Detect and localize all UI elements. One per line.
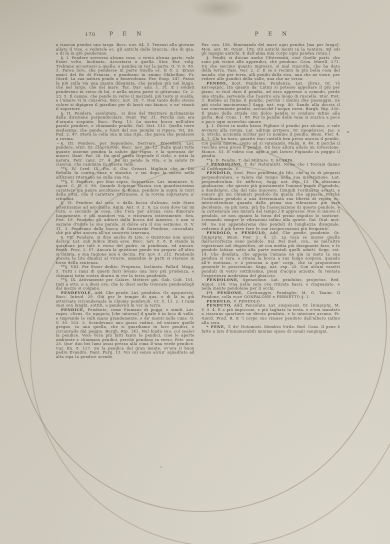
- dictionary-paragraph: **§. IX. Attivamente per Calare, Mettere…: [56, 278, 195, 291]
- book-page: 170 P E N P E N a ciascun pendea una tar…: [0, 0, 390, 544]
- entry-headword: (*) PENDONE,: [207, 290, 248, 295]
- entry-headword: * PENE,: [207, 325, 228, 330]
- entry-headword: PENDEVOLE,: [61, 290, 95, 295]
- dictionary-paragraph: **§. VIII. Per Esser dedito, Propenso, I…: [56, 265, 195, 278]
- column-right: Pav. con. 156. Rimenando del mare ogni p…: [202, 43, 341, 433]
- text-block: 170 P E N P E N a ciascun pendea una tar…: [56, 28, 340, 440]
- running-head-left: P E N: [56, 31, 195, 38]
- dictionary-paragraph: §. III. Pendere, per Dependere, Derivare…: [56, 141, 195, 167]
- dictionary-paragraph: * PENE, T. de' Notomisti. Membro Virile.…: [202, 325, 341, 334]
- entry-headword: PENDOLONE,: [207, 278, 243, 283]
- dictionary-paragraph: PENDEVOLE, Add. Che pende. Lat. pendulus…: [56, 291, 195, 308]
- dictionary-paragraph: §. II. Pendere, assolutam., si dice del …: [56, 111, 195, 141]
- column-left: a ciascun pendea una targa. Bocc. nov. 8…: [56, 43, 195, 433]
- dictionary-paragraph: §. VII. Pendere, si dice anche di Lite, …: [56, 235, 195, 265]
- entry-headword: PENDIO,: [207, 81, 232, 86]
- running-head-right: P E N: [202, 31, 341, 38]
- ink-speck: [160, 466, 162, 468]
- two-column-text: a ciascun pendea una targa. Bocc. nov. 8…: [56, 43, 340, 433]
- page-header: 170 P E N P E N: [56, 28, 340, 43]
- ink-speck: [347, 131, 349, 133]
- dictionary-paragraph: §. Pendìi, si dicono anche l'Estremità, …: [202, 56, 341, 82]
- entry-headword: * PENDOLINO,: [207, 162, 245, 167]
- dictionary-paragraph: PENDIO, Sost. Pendente, Pendenza. Lat. c…: [202, 81, 341, 124]
- dictionary-paragraph: §. VI. Pendere dal viso, e dalla bocca d…: [56, 201, 195, 235]
- dictionary-paragraph: a ciascun pendea una targa. Bocc. nov. 8…: [56, 43, 195, 56]
- dictionary-paragraph: PENDOLONE, Spenzolone. Lat. pendulus, pr…: [202, 278, 341, 291]
- dictionary-paragraph: PENDOLO, e PENDULO, Add. Che pende, pend…: [202, 231, 341, 278]
- entry-headword: PENDUTO,: [207, 303, 235, 308]
- dictionary-paragraph: **§. IV. Cred. IX. Pis. S. Gio. Grisost.…: [56, 167, 195, 180]
- entry-headword: PENDOLO,: [207, 171, 235, 176]
- dictionary-paragraph: §. I. Dicesi in modo basso Pigliare il p…: [202, 124, 341, 158]
- dictionary-paragraph: PENDICE, Pendente, come Fiumane di poggi…: [56, 308, 195, 359]
- entry-headword: PENDOLO, e PENDULO,: [207, 231, 270, 236]
- dictionary-paragraph: Pav. con. 156. Rimenando del mare ogni p…: [202, 43, 341, 56]
- dictionary-paragraph: **§. V. Pendere, per Star sopra, Soprast…: [56, 180, 195, 201]
- dictionary-paragraph: PENDUTO, Add. Penzolato. Lat. suspensus.…: [202, 304, 341, 325]
- entry-headword: PENDICE,: [61, 307, 88, 312]
- dictionary-paragraph: §. I. Pendere sovverso alcuna cosa, o ve…: [56, 56, 195, 112]
- dictionary-paragraph: PENDOLO, Sost. Peso pendente da filo, ch…: [202, 171, 341, 231]
